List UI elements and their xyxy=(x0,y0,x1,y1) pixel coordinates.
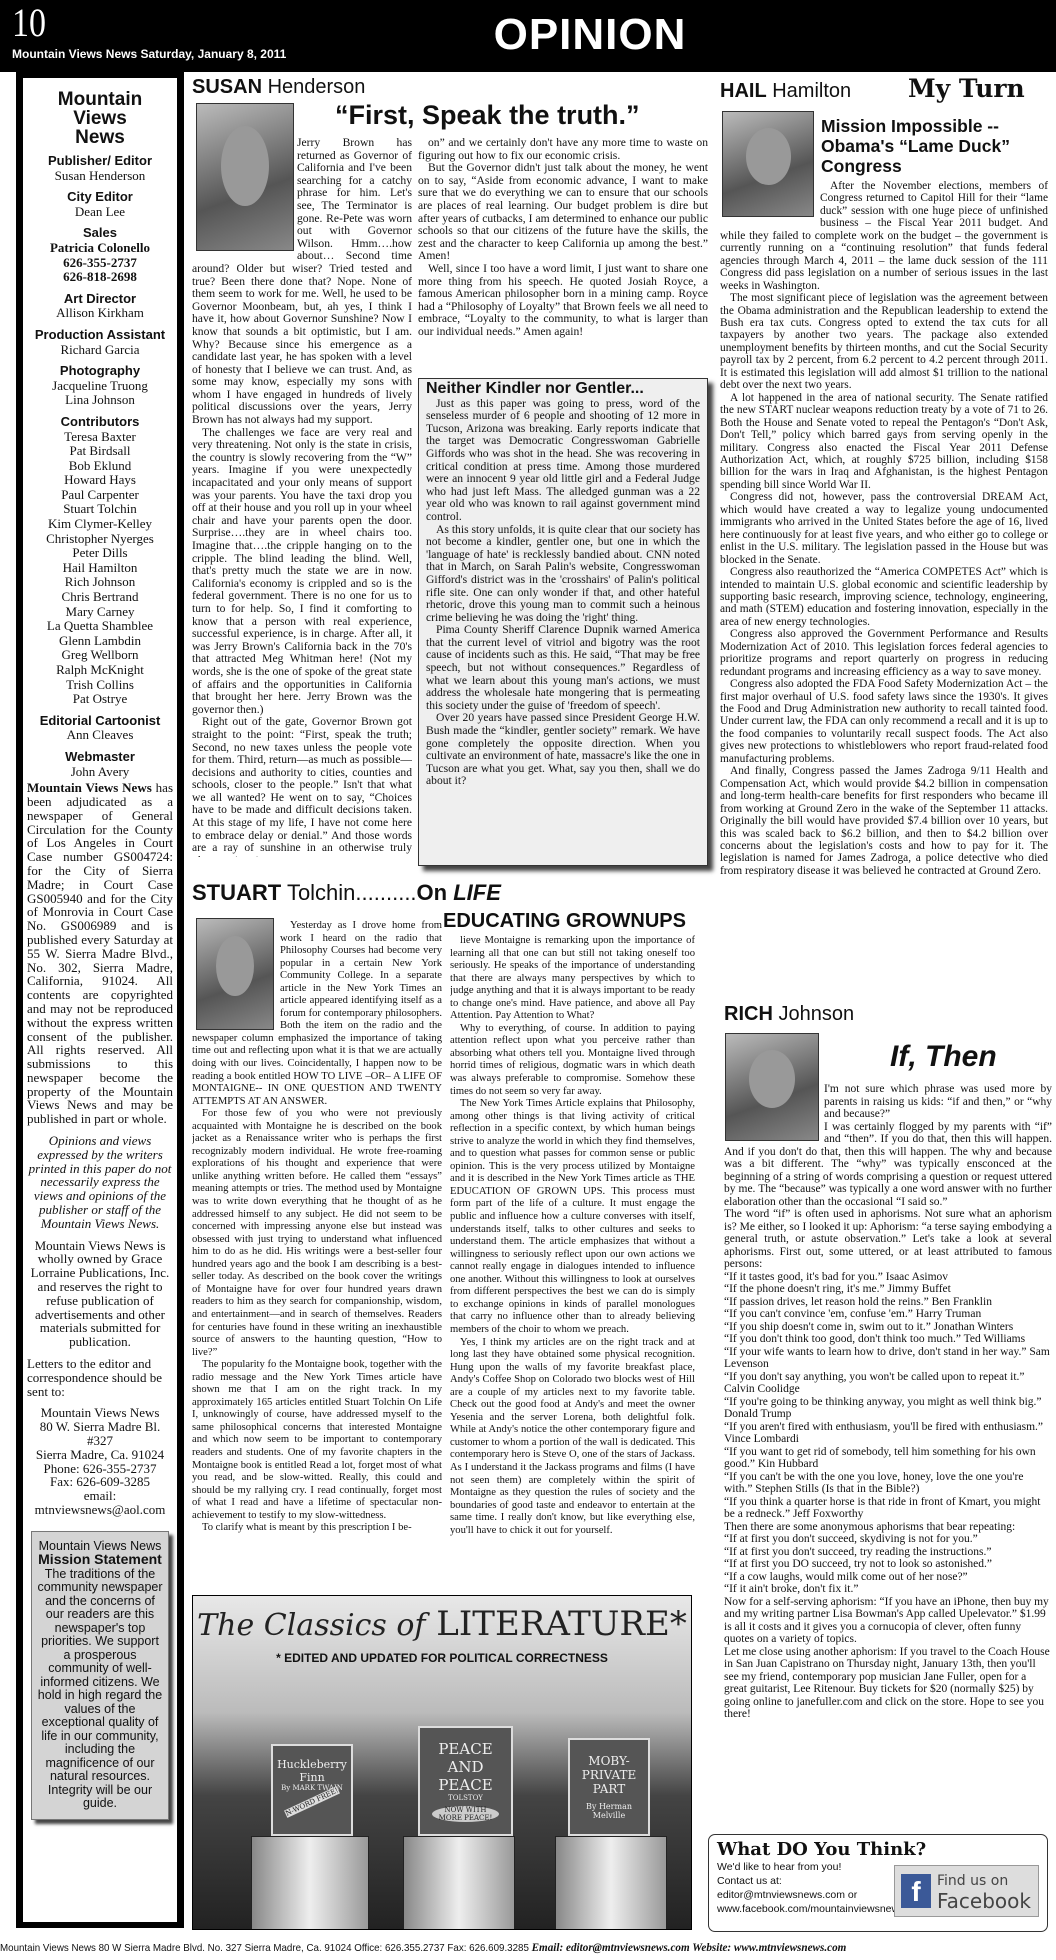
article-paragraph: Right out of the gate, Governor Brown go… xyxy=(192,716,412,857)
henderson-headline: “First, Speak the truth.” xyxy=(335,100,640,131)
staff-name: John Avery xyxy=(27,765,173,780)
article-paragraph: Just as this paper was going to press, w… xyxy=(426,398,700,524)
byline-first: RICH xyxy=(724,1003,773,1025)
article-paragraph: Over 20 years have passed since Presiden… xyxy=(426,712,700,788)
cartoon-subtitle: * EDITED AND UPDATED FOR POLITICAL CORRE… xyxy=(193,1651,691,1665)
staff-sidebar-inner: Mountain Views News Publisher/ EditorSus… xyxy=(23,78,177,1922)
article-paragraph: “If at first you don't succeed, try read… xyxy=(724,1546,1052,1559)
book-huckleberry-finn: Huckleberry Finn By MARK TWAIN N-WORD FR… xyxy=(271,1744,353,1836)
article-paragraph: The New York Times Article explains that… xyxy=(450,1098,695,1336)
staff-name: Allison Kirkham xyxy=(27,306,173,321)
facebook-icon: f xyxy=(901,1874,931,1908)
article-paragraph: “If you ship doesn't come in, swim out t… xyxy=(724,1321,1052,1334)
staff-name: Ralph McKnight xyxy=(27,663,173,678)
article-paragraph: And finally, Congress passed the James Z… xyxy=(720,765,1048,877)
letters-notice: Letters to the editor and correspondence… xyxy=(27,1357,173,1398)
article-paragraph: But the Governor didn't just talk about … xyxy=(418,162,708,263)
article-paragraph: “If it ain't broke, don't fix it.” xyxy=(724,1583,1052,1596)
editorial-cartoon: The Classics of LITERATURE* * EDITED AND… xyxy=(192,1595,692,1930)
article-paragraph: “If you want to get rid of somebody, tel… xyxy=(724,1446,1052,1471)
address-line: #327 xyxy=(27,1434,173,1448)
staff-name: Susan Henderson xyxy=(27,169,173,184)
editorial-box-body: Just as this paper was going to press, w… xyxy=(426,398,700,788)
ownership-notice: Mountain Views News is wholly owned by G… xyxy=(27,1239,173,1349)
article-paragraph: Now for a self-serving aphorism: “If you… xyxy=(724,1596,1052,1646)
address-line: Phone: 626-355-2737 xyxy=(27,1462,173,1476)
editorial-box: Neither Kindler nor Gentler... Just as t… xyxy=(418,378,708,866)
article-paragraph: For those few of you who were not previo… xyxy=(192,1108,442,1359)
page-number: 10 xyxy=(12,2,46,44)
article-paragraph: “If passion drives, let reason hold the … xyxy=(724,1296,1052,1309)
logo-line: Mountain xyxy=(27,90,173,109)
staff-name: Patricia Colonello xyxy=(27,241,173,256)
logo-line: Views xyxy=(27,109,173,128)
article-paragraph: “If you aren't fired with enthusiasm, yo… xyxy=(724,1421,1052,1446)
staff-sidebar: Mountain Views News Publisher/ EditorSus… xyxy=(16,72,184,1928)
adjudication-notice: Mountain Views News has been adjudicated… xyxy=(27,781,173,1126)
staff-role: Contributors xyxy=(27,415,173,430)
mission-text: The traditions of the community newspape… xyxy=(36,1568,164,1811)
tolchin-column-2: lieve Montaigne is remarking upon the im… xyxy=(450,935,695,1590)
staff-name: Christopher Nyerges xyxy=(27,532,173,547)
facebook-small-text: Find us on xyxy=(937,1871,1031,1891)
mission-statement: Mountain Views News Mission Statement Th… xyxy=(31,1531,169,1820)
article-paragraph: A lot happened in the area of national s… xyxy=(720,392,1048,492)
staff-name: Mary Carney xyxy=(27,605,173,620)
staff-name: Howard Hays xyxy=(27,473,173,488)
staff-role: City Editor xyxy=(27,190,173,205)
column-life: LIFE xyxy=(453,880,501,905)
staff-name: 626-355-2737 xyxy=(27,256,173,271)
tolchin-headline: EDUCATING GROWNUPS xyxy=(443,910,686,933)
staff-name: Bob Eklund xyxy=(27,459,173,474)
byline-first: SUSAN xyxy=(192,76,262,98)
henderson-column-1: Jerry Brown has returned as Governor of … xyxy=(192,137,412,857)
article-paragraph: “If you're going to be thinking anyway, … xyxy=(724,1396,1052,1421)
byline-first: STUART xyxy=(192,880,281,905)
column-on: On xyxy=(417,880,448,905)
page-footer: Mountain Views News 80 W Sierra Madre Bl… xyxy=(0,1940,982,1955)
staff-name: Dean Lee xyxy=(27,205,173,220)
article-paragraph: Why to everything, of course. In additio… xyxy=(450,1023,695,1098)
adjudication-text: has been adjudicated as a newspaper of G… xyxy=(27,780,173,1126)
tolchin-byline: STUART Tolchin..........On LIFE xyxy=(192,880,501,906)
staff-name: Ann Cleaves xyxy=(27,728,173,743)
my-turn-label: My Turn xyxy=(908,74,1025,103)
staff-name: Trish Collins xyxy=(27,678,173,693)
cartoon-title-caps: LITERATURE* xyxy=(436,1604,687,1644)
hamilton-byline: HAIL Hamilton xyxy=(720,80,851,103)
staff-name: Paul Carpenter xyxy=(27,488,173,503)
article-paragraph: Pima County Sheriff Clarence Dupnik warn… xyxy=(426,624,700,712)
mailing-address: Mountain Views News80 W. Sierra Madre Bl… xyxy=(27,1406,173,1516)
photo-spacer xyxy=(192,920,280,1032)
article-paragraph: The challenges we face are very real and… xyxy=(192,427,412,717)
staff-name: La Quetta Shamblee xyxy=(27,619,173,634)
cartoon-title-script: The Classics of xyxy=(197,1608,425,1643)
staff-name: 626-818-2698 xyxy=(27,270,173,285)
johnson-byline: RICH Johnson xyxy=(724,1003,854,1026)
publication-date: Mountain Views News Saturday, January 8,… xyxy=(12,47,286,61)
staff-role: Webmaster xyxy=(27,750,173,765)
article-paragraph: The most significant piece of legislatio… xyxy=(720,292,1048,392)
staff-name: Peter Dills xyxy=(27,546,173,561)
article-paragraph: “If your wife wants to learn how to driv… xyxy=(724,1346,1052,1371)
henderson-column-2: on” and we certainly don't have any more… xyxy=(418,137,708,372)
staff-role: Art Director xyxy=(27,292,173,307)
article-paragraph: Congress also adopted the FDA Food Safet… xyxy=(720,678,1048,765)
pillar-icon xyxy=(555,1836,667,1930)
facebook-label: Find us on Facebook xyxy=(937,1871,1031,1911)
book-title: PEACE AND PEACE xyxy=(420,1740,511,1794)
article-paragraph: As this story unfolds, it is quite clear… xyxy=(426,524,700,625)
staff-name: Stuart Tolchin xyxy=(27,502,173,517)
byline-last: Henderson xyxy=(268,76,366,98)
article-paragraph: “If at first you don't succeed, skydivin… xyxy=(724,1533,1052,1546)
portrait-icon xyxy=(746,128,791,185)
book-author: By Herman Melville xyxy=(570,1802,648,1820)
staff-role: Publisher/ Editor xyxy=(27,154,173,169)
byline-last: Tolchin xyxy=(287,880,355,905)
footer-address: Mountain Views News 80 W Sierra Madre Bl… xyxy=(0,1942,529,1954)
article-paragraph: Jerry Brown has returned as Governor of … xyxy=(192,137,412,427)
photo-spacer xyxy=(720,180,820,220)
article-paragraph: “If you don't think too good, don't thin… xyxy=(724,1333,1052,1346)
footer-contact[interactable]: Email: editor@mtnviewsnews.com Website: … xyxy=(532,1940,847,1954)
article-paragraph: “If the phone doesn't ring, it's me.” Ji… xyxy=(724,1283,1052,1296)
article-paragraph: “If you can't be with the one you love, … xyxy=(724,1471,1052,1496)
staff-name: Kim Clymer-Kelley xyxy=(27,517,173,532)
hamilton-column: After the November elections, members of… xyxy=(720,180,1048,965)
staff-name: Jacqueline Truong xyxy=(27,379,173,394)
article-paragraph: “If a cow laughs, would milk come out of… xyxy=(724,1571,1052,1584)
staff-role: Editorial Cartoonist xyxy=(27,714,173,729)
sidebar-logo: Mountain Views News xyxy=(27,90,173,147)
staff-name: Glenn Lambdin xyxy=(27,634,173,649)
staff-name: Pat Ostrye xyxy=(27,692,173,707)
photo-spacer xyxy=(724,1083,824,1143)
staff-role: Photography xyxy=(27,364,173,379)
tolchin-column-1: Yesterday as I drove home from work I he… xyxy=(192,920,442,1590)
pillar-icon xyxy=(403,1836,515,1930)
address-line: Mountain Views News xyxy=(27,1406,173,1420)
book-title: MOBY-PRIVATE PART xyxy=(570,1754,648,1796)
article-paragraph: The word “if” is often used in aphorisms… xyxy=(724,1208,1052,1271)
disclaimer: Opinions and views expressed by the writ… xyxy=(27,1134,173,1231)
article-paragraph: Let me close using another aphorism: If … xyxy=(724,1646,1052,1721)
staff-name: Teresa Baxter xyxy=(27,430,173,445)
staff-list: Publisher/ EditorSusan HendersonCity Edi… xyxy=(27,154,173,779)
wdyt-title: What DO You Think? xyxy=(717,1839,1039,1860)
staff-name: Lina Johnson xyxy=(27,393,173,408)
book-peace-and-peace: PEACE AND PEACE TOLSTOY NOW WITH MORE PE… xyxy=(418,1726,513,1836)
staff-name: Greg Wellborn xyxy=(27,648,173,663)
pillar-icon xyxy=(251,1836,369,1930)
article-paragraph: on” and we certainly don't have any more… xyxy=(418,137,708,162)
address-line: 80 W. Sierra Madre Bl. xyxy=(27,1420,173,1434)
article-paragraph: Then there are some anonymous aphorisms … xyxy=(724,1521,1052,1534)
mission-heading: Mission Statement xyxy=(38,1551,162,1567)
address-line: Fax: 626-609-3285 xyxy=(27,1475,173,1489)
facebook-large-text: Facebook xyxy=(937,1891,1031,1911)
article-paragraph: “If you think a quarter horse is that ri… xyxy=(724,1496,1052,1521)
hamilton-headline: Mission Impossible -- Obama's “Lame Duck… xyxy=(821,116,1046,176)
article-paragraph: “If at first you DO succeed, try not to … xyxy=(724,1558,1052,1571)
article-paragraph: Yes, I think my articles are on the righ… xyxy=(450,1337,695,1538)
book-moby-private-part: MOBY-PRIVATE PART By Herman Melville xyxy=(568,1738,650,1836)
facebook-button[interactable]: f Find us on Facebook xyxy=(894,1865,1039,1917)
article-paragraph: “If it tastes good, it's bad for you.” I… xyxy=(724,1271,1052,1284)
staff-name: Richard Garcia xyxy=(27,343,173,358)
book-badge: NOW WITH MORE PEACE! xyxy=(432,1806,499,1822)
book-author: By MARK TWAIN xyxy=(273,1784,351,1792)
byline-last: Hamilton xyxy=(772,80,851,102)
logo-line: News xyxy=(27,128,173,147)
article-paragraph: Well, since I too have a word limit, I j… xyxy=(418,263,708,339)
section-title: OPINION xyxy=(420,10,760,60)
staff-name: Hail Hamilton xyxy=(27,561,173,576)
staff-role: Production Assistant xyxy=(27,328,173,343)
article-paragraph: Congress also reauthorized the “America … xyxy=(720,566,1048,628)
article-paragraph: “If you don't say anything, you won't be… xyxy=(724,1371,1052,1396)
adjudication-lead: Mountain Views News xyxy=(27,780,152,795)
byline-first: HAIL xyxy=(720,80,767,102)
johnson-headline: If, Then xyxy=(890,1040,997,1074)
editorial-box-title: Neither Kindler nor Gentler... xyxy=(426,383,700,396)
address-line: Sierra Madre, Ca. 91024 xyxy=(27,1448,173,1462)
book-author: TOLSTOY xyxy=(420,1794,511,1802)
article-paragraph: lieve Montaigne is remarking upon the im… xyxy=(450,935,695,1023)
article-paragraph: To clarify what is meant by this prescri… xyxy=(192,1522,442,1535)
staff-role: Sales xyxy=(27,226,173,241)
staff-name: Chris Bertrand xyxy=(27,590,173,605)
article-paragraph: “If you can't convince 'em, confuse 'em.… xyxy=(724,1308,1052,1321)
book-title: Huckleberry Finn xyxy=(273,1758,351,1784)
byline-last: Johnson xyxy=(778,1003,854,1025)
cartoon-title: The Classics of LITERATURE* xyxy=(193,1604,691,1644)
staff-name: Rich Johnson xyxy=(27,575,173,590)
article-paragraph: Congress did not, however, pass the cont… xyxy=(720,491,1048,566)
staff-name: Pat Birdsall xyxy=(27,444,173,459)
byline-dots: .......... xyxy=(355,880,416,905)
article-paragraph: Congress also approved the Government Pe… xyxy=(720,628,1048,678)
johnson-column: I'm not sure which phrase was used more … xyxy=(724,1083,1052,1828)
what-do-you-think-box: What DO You Think? We'd like to hear fro… xyxy=(708,1834,1048,1932)
henderson-byline: SUSAN Henderson xyxy=(192,76,365,99)
address-line: mtnviewsnews@aol.com xyxy=(27,1503,173,1517)
masthead: 10 Mountain Views News Saturday, January… xyxy=(0,0,1056,72)
address-line: email: xyxy=(27,1489,173,1503)
article-paragraph: The popularity fo the Montaigne book, to… xyxy=(192,1359,442,1522)
